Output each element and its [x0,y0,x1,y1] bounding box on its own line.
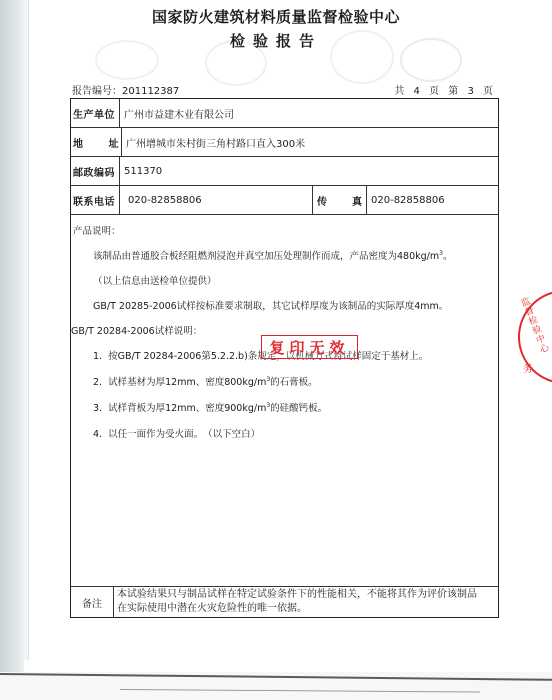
item-text: 试样基材为厚12mm、密度800kg/m [108,377,266,388]
item-number: 1. [93,351,102,362]
row-contact: 联系电话 020-82858806 传 真 020-82858806 [71,186,498,215]
provided-note: （以上信息由送检单位提供） [93,273,217,287]
item-number: 4. [93,429,102,440]
postcode-value: 511370 [120,157,162,185]
report-number-value: 201112387 [122,86,179,97]
phone-value: 020-82858806 [120,186,313,214]
remarks-line: 本试验结果只与制品试样在特定试验条件下的性能相关，不能将其作为评价该制品 [117,588,477,602]
item-text-tail: 的石膏板。 [270,377,318,388]
remarks-text: 本试验结果只与制品试样在特定试验条件下的性能相关，不能将其作为评价该制品 在实际… [114,587,477,617]
row-address: 地 址 广州增城市朱村街三角村路口直入300米 [71,128,498,157]
fax-label-part: 真 [352,193,362,208]
remarks-label: 备注 [71,587,114,617]
description-heading: 产品说明： [73,223,121,237]
gb20284-heading: GB/T 20284-2006试样说明： [71,323,202,337]
remarks-row: 备注 本试验结果只与制品试样在特定试验条件下的性能相关，不能将其作为评价该制品 … [71,587,498,617]
item-text-tail: 的硅酸钙板。 [270,403,327,414]
seal-text-2: 务 [523,360,533,375]
address-value: 广州增城市朱村街三角村路口直入300米 [122,128,305,156]
page-indicator: 共 4 页 第 3 页 [394,82,496,97]
organization-name: 国家防火建筑材料质量监督检验中心 [0,6,552,27]
document-title: 检验报告 [0,30,552,51]
list-item: 2. 试样基材为厚12mm、密度800kg/m3的石膏板。 [93,374,318,388]
fax-value: 020-82858806 [367,186,445,214]
fax-label: 传 真 [313,186,367,214]
manufacturer-label: 生产单位 [71,99,120,127]
report-number-label: 报告编号： [72,86,122,97]
row-manufacturer: 生产单位 广州市益建木业有限公司 [71,99,498,128]
phone-label: 联系电话 [71,186,120,214]
product-line: 该制品由普通胶合板经阻燃剂浸泡并真空加压处理制作而成，产品密度为480kg/m3… [93,248,452,262]
list-item: 4. 以任一面作为受火面。 （以下空白） [93,426,260,440]
address-label: 地 址 [71,128,122,156]
list-item: 3. 试样背板为厚12mm、密度900kg/m3的硅酸钙板。 [93,400,327,414]
product-description: 产品说明： 该制品由普通胶合板经阻燃剂浸泡并真空加压处理制作而成，产品密度为48… [71,215,498,587]
scan-left-edge [0,0,24,700]
product-line-end: 。 [443,251,453,262]
fax-label-part: 传 [317,193,327,208]
address-label-part: 址 [109,135,120,150]
item-text: 以任一面作为受火面。 （以下空白） [108,429,260,440]
row-postcode: 邮政编码 511370 [71,157,498,186]
manufacturer-value: 广州市益建木业有限公司 [120,99,234,127]
item-text: 试样背板为厚12mm、密度900kg/m [108,403,266,414]
scan-page-edge [24,0,29,660]
copy-invalid-stamp: 复印无效 [261,335,358,359]
item-number: 3. [93,403,102,414]
report-number: 报告编号：201112387 [72,82,179,97]
postcode-label: 邮政编码 [71,157,120,185]
gb20285-note: GB/T 20285-2006试样按标准要求制取，其它试样厚度为该制品的实际厚度… [93,298,448,312]
address-label-part: 地 [73,135,84,150]
item-number: 2. [93,377,102,388]
remarks-line: 在实际使用中潜在火灾危险性的唯一依据。 [117,602,477,616]
product-line-text: 该制品由普通胶合板经阻燃剂浸泡并真空加压处理制作而成，产品密度为480kg/m [93,251,439,262]
